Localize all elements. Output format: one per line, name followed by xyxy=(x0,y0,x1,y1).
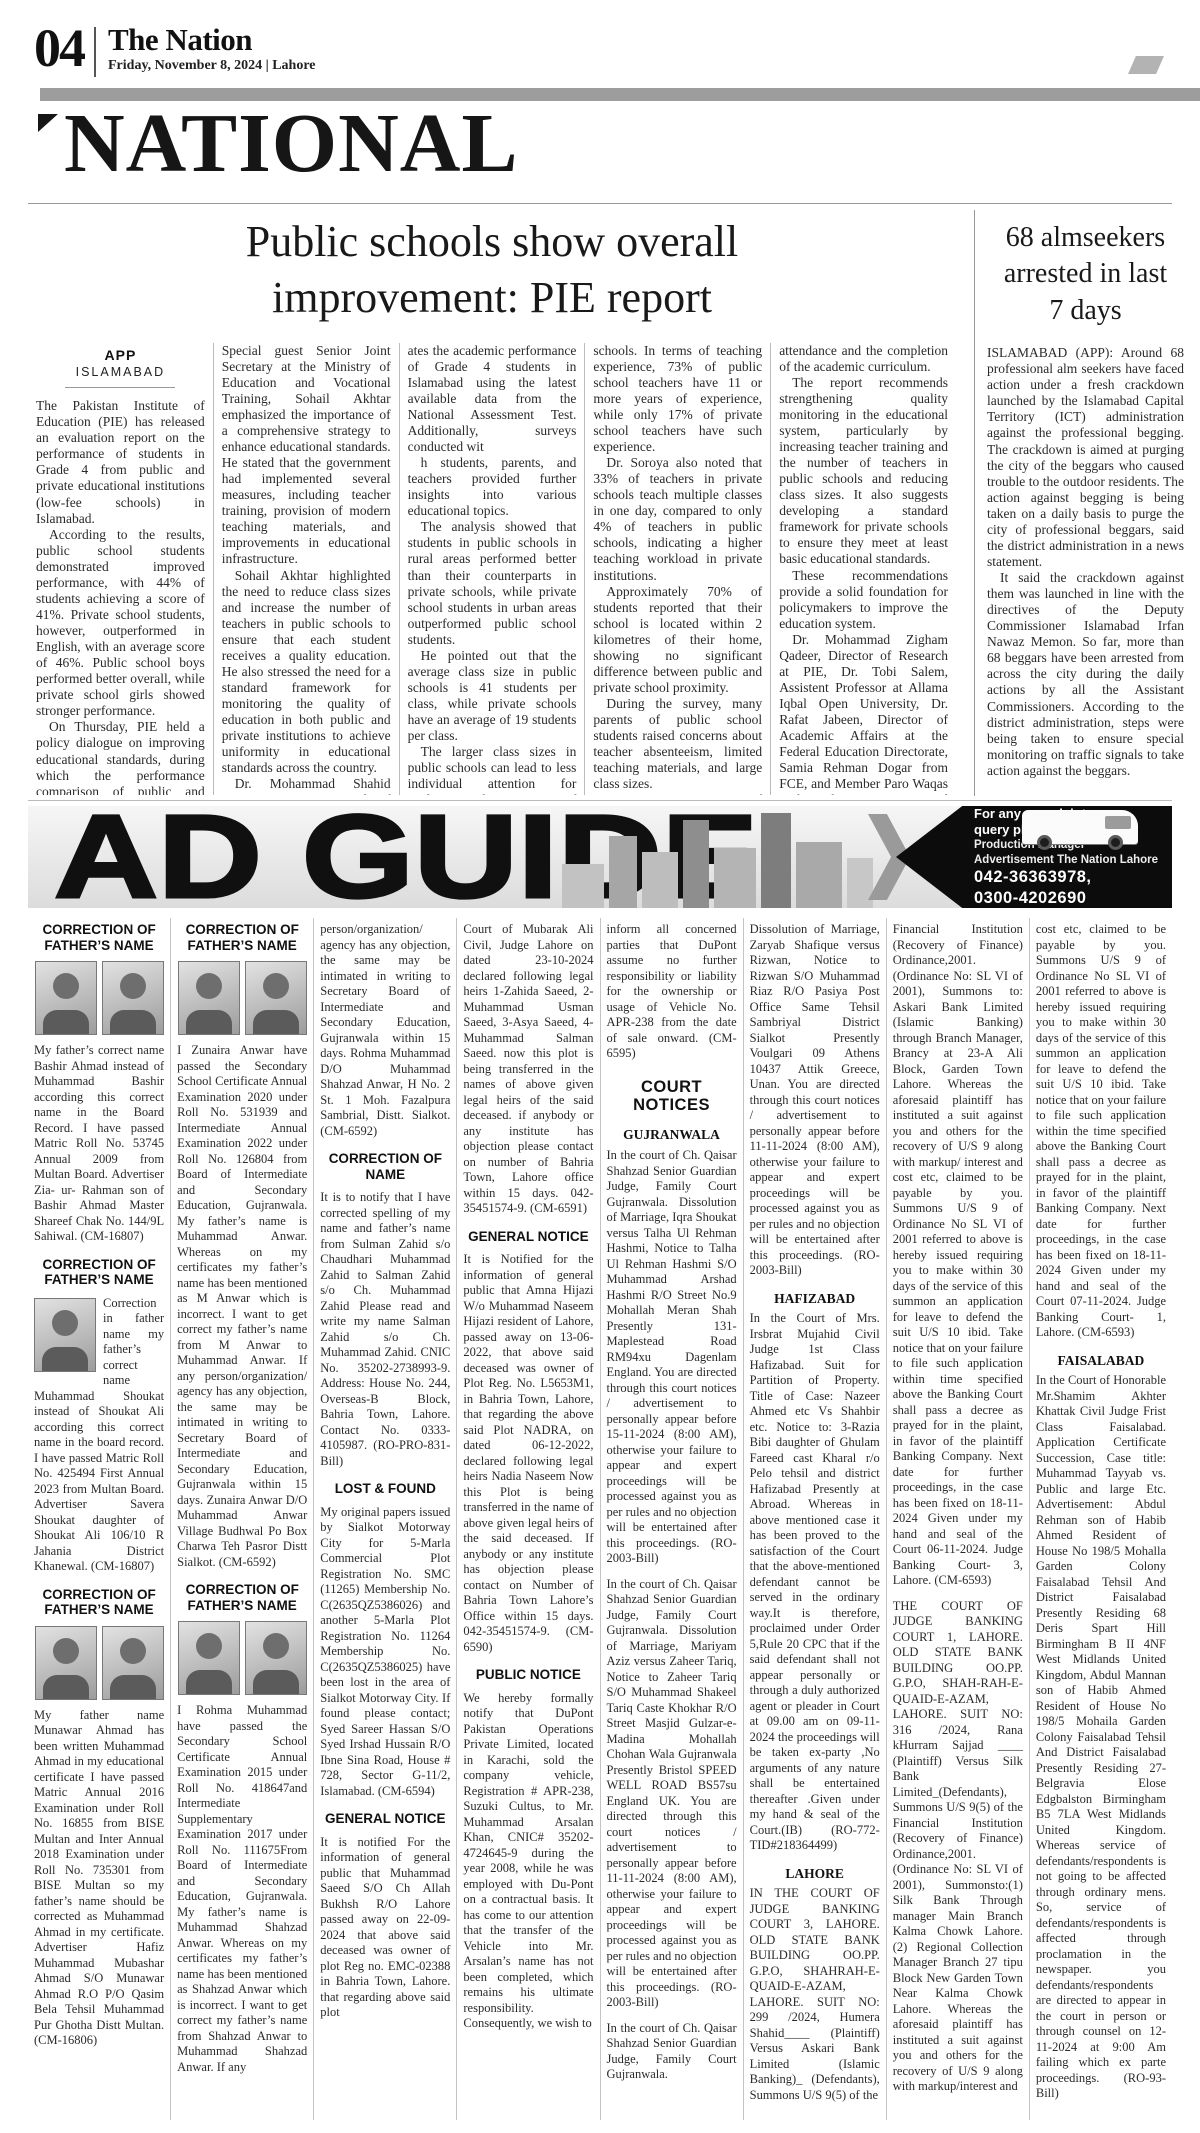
classified-column: Financial Institution (Recovery of Finan… xyxy=(887,918,1030,2120)
classified-text: I Zunaira Anwar have passed the Secondar… xyxy=(177,1043,307,1570)
classified-text: Dissolution of Marriage, Zaryab Shafique… xyxy=(750,922,880,1279)
article-paragraph: Dr. Mohammad Zigham Qadeer, Director of … xyxy=(779,632,948,795)
article-paragraph: On Thursday, PIE held a policy dialogue … xyxy=(36,719,205,794)
sidebar-article: 68 almseekersarrested in last7 days ISLA… xyxy=(974,210,1184,796)
sidebar-paragraph: It said the crackdown against them was l… xyxy=(987,570,1184,779)
classified-header: CORRECTION OF FATHER’S NAME xyxy=(38,922,160,953)
article-paragraph: schools. In terms of teaching experience… xyxy=(593,343,762,455)
classified-photos xyxy=(177,1621,307,1695)
section-header: NATIONAL xyxy=(38,100,519,188)
portrait-photo xyxy=(245,961,307,1035)
masthead: 04 The Nation Friday, November 8, 2024 |… xyxy=(34,24,316,77)
classified-column: CORRECTION OF FATHER’S NAMEI Zunaira Anw… xyxy=(171,918,314,2120)
classified-header: CORRECTION OF FATHER’S NAME xyxy=(38,1587,160,1618)
article-column: attendance and the completion of the aca… xyxy=(771,343,956,795)
classified-photos xyxy=(34,1626,164,1700)
article-column: schools. In terms of teaching experience… xyxy=(585,343,771,795)
classified-column: Dissolution of Marriage, Zaryab Shafique… xyxy=(744,918,887,2120)
article-paragraph: Approximately 70% of students reported t… xyxy=(593,584,762,696)
classified-text: My father’s correct name Bashir Ahmad in… xyxy=(34,1043,164,1245)
article-paragraph: h students, parents, and teachers provid… xyxy=(408,455,577,519)
newspaper-page: 04 The Nation Friday, November 8, 2024 |… xyxy=(0,0,1200,2133)
article-paragraph: According to the results, public school … xyxy=(36,527,205,720)
section-title: NATIONAL xyxy=(64,100,519,188)
page-number: 04 xyxy=(34,24,84,74)
classifieds-section: CORRECTION OF FATHER’S NAMEMy father’s c… xyxy=(28,918,1172,2120)
sidebar-headline-line: arrested in last xyxy=(987,256,1184,292)
classified-column: Court of Mubarak Ali Civil, Judge Lahore… xyxy=(457,918,600,2120)
classified-header: CORRECTION OF FATHER’S NAME xyxy=(181,922,303,953)
masthead-divider xyxy=(94,27,96,77)
main-headline: Public schools show overallimprovement: … xyxy=(48,214,936,327)
classified-city-header: HAFIZABAD xyxy=(750,1291,880,1308)
article-paragraph: He pointed out that the average class si… xyxy=(408,648,577,744)
sidebar-body: ISLAMABAD (APP): Around 68 professional … xyxy=(987,345,1184,779)
classified-photos xyxy=(177,961,307,1035)
article-paragraph: Special guest Senior Joint Secretary at … xyxy=(222,343,391,568)
banner-contact-line: Advertisement The Nation Lahore xyxy=(974,853,1158,867)
article-paragraph: During the survey, many parents of publi… xyxy=(593,696,762,792)
main-headline-line: Public schools show overall xyxy=(48,214,936,270)
sidebar-headline-line: 68 almseekers xyxy=(987,220,1184,256)
classified-header: LOST & FOUND xyxy=(324,1481,446,1497)
classified-text: Court of Mubarak Ali Civil, Judge Lahore… xyxy=(463,922,593,1217)
portrait-photo xyxy=(35,961,97,1035)
classified-text: person/organization/ agency has any obje… xyxy=(320,922,450,1139)
classified-text: In the Court of Mrs. Irsbrat Mujahid Civ… xyxy=(750,1311,880,1854)
classified-text: In the court of Ch. Qaisar Shahzad Senio… xyxy=(607,1148,737,1567)
portrait-photo xyxy=(102,961,164,1035)
classified-city-header: GUJRANWALA xyxy=(607,1127,737,1144)
classified-text: It is notified For the information of ge… xyxy=(320,1835,450,2021)
byline-agency: APP xyxy=(36,347,205,364)
classified-text: THE COURT OF JUDGE BANKING COURT 1, LAHO… xyxy=(893,1599,1023,2095)
page-fold-icon xyxy=(1128,56,1164,74)
article-paragraph: Dr. Mohammad Shahid Soroya, Director-Gen… xyxy=(222,776,391,794)
classified-text: cost etc, claimed to be payable by you. … xyxy=(1036,922,1166,1341)
classified-text: It is Notified for the information of ge… xyxy=(463,1252,593,1655)
portrait-photo xyxy=(102,1626,164,1700)
sidebar-paragraph: ISLAMABAD (APP): Around 68 professional … xyxy=(987,345,1184,570)
banner-contact-line: 0300-4202690 xyxy=(974,888,1158,908)
article-column: ates the academic performance of Grade 4… xyxy=(400,343,586,795)
article-paragraph: In contrast, parents of private school s… xyxy=(593,792,762,794)
portrait-photo xyxy=(35,1626,97,1700)
byline: APPISLAMABAD xyxy=(36,347,205,389)
byline-city: ISLAMABAD xyxy=(36,365,205,380)
classified-header: GENERAL NOTICE xyxy=(467,1229,589,1245)
classified-column: person/organization/ agency has any obje… xyxy=(314,918,457,2120)
van-icon xyxy=(1022,810,1138,844)
classified-header: GENERAL NOTICE xyxy=(324,1811,446,1827)
article-paragraph: Sohail Akhtar highlighted the need to re… xyxy=(222,568,391,777)
classified-text: My father name Munawar Ahmad has been wr… xyxy=(34,1708,164,2049)
main-headline-line: improvement: PIE report xyxy=(48,270,936,326)
article-paragraph: The larger class sizes in public schools… xyxy=(408,744,577,794)
portrait-photo xyxy=(178,1621,240,1695)
classified-text: IN THE COURT OF JUDGE BANKING COURT 3, L… xyxy=(750,1886,880,2103)
date-line: Friday, November 8, 2024 | Lahore xyxy=(108,58,316,74)
horizontal-rule xyxy=(28,203,1172,204)
section-marker-icon xyxy=(38,114,58,132)
portrait-photo xyxy=(245,1621,307,1695)
classified-photos xyxy=(34,961,164,1035)
paper-name: The Nation xyxy=(108,24,316,55)
main-article: Public schools show overallimprovement: … xyxy=(28,210,956,795)
classified-column: inform all concerned parties that DuPont… xyxy=(601,918,744,2120)
classified-city-header: FAISALABAD xyxy=(1036,1353,1166,1370)
banner-contact-line: 042-36363978, xyxy=(974,867,1158,888)
article-paragraph: attendance and the completion of the aca… xyxy=(779,343,948,375)
classified-column: cost etc, claimed to be payable by you. … xyxy=(1030,918,1172,2120)
article-paragraph: Dr. Soroya also noted that 33% of teache… xyxy=(593,455,762,584)
classified-text: In the court of Ch. Qaisar Shahzad Senio… xyxy=(607,1577,737,2011)
portrait-photo xyxy=(178,961,240,1035)
classified-section-header: COURT NOTICES xyxy=(607,1078,737,1116)
classified-header: PUBLIC NOTICE xyxy=(467,1667,589,1683)
ad-guide-banner: AD GUIDE For any complaint orquery pleas… xyxy=(28,806,1172,908)
portrait-photo xyxy=(34,1298,96,1372)
article-columns: APPISLAMABADThe Pakistan Institute of Ed… xyxy=(28,343,956,795)
classified-text: inform all concerned parties that DuPont… xyxy=(607,922,737,1062)
classified-text: It is to notify that I have corrected sp… xyxy=(320,1190,450,1469)
classified-city-header: LAHORE xyxy=(750,1866,880,1883)
classified-text-with-photo: Correction in father name my father’s co… xyxy=(34,1296,164,1575)
classified-text: In the Court of Honorable Mr.Shamim Akht… xyxy=(1036,1373,1166,2102)
classified-column: CORRECTION OF FATHER’S NAMEMy father’s c… xyxy=(28,918,171,2120)
masthead-title-block: The Nation Friday, November 8, 2024 | La… xyxy=(108,24,316,74)
sidebar-headline: 68 almseekersarrested in last7 days xyxy=(987,220,1184,329)
article-column: APPISLAMABADThe Pakistan Institute of Ed… xyxy=(28,343,214,795)
article-paragraph: The analysis showed that students in pub… xyxy=(408,519,577,648)
article-paragraph: These recommendations provide a solid fo… xyxy=(779,568,948,632)
classified-text: We hereby formally notify that DuPont Pa… xyxy=(463,1691,593,2032)
classified-header: CORRECTION OF FATHER’S NAME xyxy=(38,1257,160,1288)
article-paragraph: ates the academic performance of Grade 4… xyxy=(408,343,577,455)
classified-header: CORRECTION OF FATHER’S NAME xyxy=(181,1582,303,1613)
classified-text: Financial Institution (Recovery of Finan… xyxy=(893,922,1023,1589)
classified-header: CORRECTION OF NAME xyxy=(324,1151,446,1182)
classified-text: I Rohma Muhammad have passed the Seconda… xyxy=(177,1703,307,2075)
article-paragraph: The Pakistan Institute of Education (PIE… xyxy=(36,398,205,527)
horizontal-rule xyxy=(28,800,1172,801)
classified-text: My original papers issued by Sialkot Mot… xyxy=(320,1505,450,1800)
article-paragraph: The report recommends strengthening qual… xyxy=(779,375,948,568)
article-column: Special guest Senior Joint Secretary at … xyxy=(214,343,400,795)
classified-text: In the court of Ch. Qaisar Shahzad Senio… xyxy=(607,2021,737,2083)
sidebar-headline-line: 7 days xyxy=(987,293,1184,329)
